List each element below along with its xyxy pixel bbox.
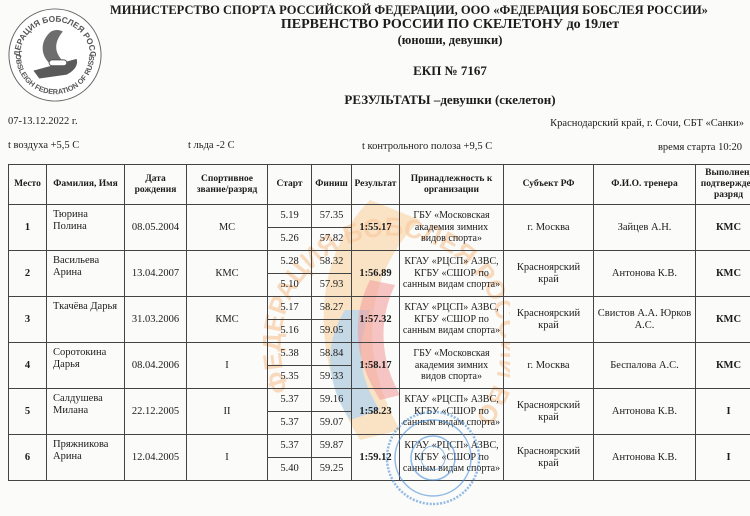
ministry-header: МИНИСТЕРСТВО СПОРТА РОССИЙСКОЙ ФЕДЕРАЦИИ… — [110, 3, 750, 18]
results-title: РЕЗУЛЬТАТЫ –девушки (скелетон) — [150, 92, 750, 108]
row-coach: Антонова К.В. — [594, 435, 696, 481]
row-name: Васильева Арина — [47, 251, 125, 297]
table-row: 3Ткачёва Дарья31.03.2006КМС5.1758.271:57… — [9, 297, 750, 320]
run2-finish: 57.82 — [312, 228, 352, 251]
row-region: Красноярский край — [504, 435, 594, 481]
event-location: Краснодарский край, г. Сочи, СБТ «Санки» — [550, 118, 744, 129]
row-result: 1:58.17 — [352, 343, 400, 389]
row-dob: 13.04.2007 — [125, 251, 187, 297]
row-result: 1:57.32 — [352, 297, 400, 343]
row-name: Пряжникова Арина — [47, 435, 125, 481]
col-header-region: Субъект РФ — [504, 165, 594, 205]
run2-start: 5.37 — [268, 412, 312, 435]
championship-title: ПЕРВЕНСТВО РОССИИ ПО СКЕЛЕТОНУ до 19лет — [150, 17, 750, 33]
run1-finish: 57.35 — [312, 205, 352, 228]
row-place: 5 — [9, 389, 47, 435]
category-subtitle: (юноши, девушки) — [150, 33, 750, 48]
row-rank: I — [187, 343, 268, 389]
run1-start: 5.19 — [268, 205, 312, 228]
run2-finish: 59.07 — [312, 412, 352, 435]
row-dob: 08.04.2006 — [125, 343, 187, 389]
row-organization: КГАУ «РЦСП» АЗВС, КГБУ «СШОР по санным в… — [400, 251, 504, 297]
row-region: Красноярский край — [504, 389, 594, 435]
row-achieved-rank: КМС — [696, 205, 750, 251]
row-dob: 12.04.2005 — [125, 435, 187, 481]
row-achieved-rank: КМС — [696, 297, 750, 343]
row-rank: I — [187, 435, 268, 481]
run2-start: 5.35 — [268, 366, 312, 389]
row-coach: Антонова К.В. — [594, 389, 696, 435]
row-rank: II — [187, 389, 268, 435]
row-result: 1:56.89 — [352, 251, 400, 297]
run1-start: 5.17 — [268, 297, 312, 320]
run1-finish: 59.87 — [312, 435, 352, 458]
run1-start: 5.28 — [268, 251, 312, 274]
row-organization: ГБУ «Московская академия зимних видов сп… — [400, 205, 504, 251]
row-achieved-rank: КМС — [696, 343, 750, 389]
col-header-rank: Спортивное звание/разряд — [187, 165, 268, 205]
row-dob: 22.12.2005 — [125, 389, 187, 435]
table-row: 2Васильева Арина13.04.2007КМС5.2858.321:… — [9, 251, 750, 274]
start-time: время старта 10:20 — [658, 142, 742, 153]
row-achieved-rank: I — [696, 435, 750, 481]
table-row: 5Салдушева Милана22.12.2005II5.3759.161:… — [9, 389, 750, 412]
row-achieved-rank: КМС — [696, 251, 750, 297]
col-header-place: Место — [9, 165, 47, 205]
col-header-organization: Принадлежность к организации — [400, 165, 504, 205]
col-header-coach: Ф.И.О. тренера — [594, 165, 696, 205]
row-coach: Свистов А.А. Юрков А.С. — [594, 297, 696, 343]
run1-finish: 58.32 — [312, 251, 352, 274]
row-rank: МС — [187, 205, 268, 251]
row-region: Красноярский край — [504, 251, 594, 297]
table-row: 1Тюрина Полина08.05.2004МС5.1957.351:55.… — [9, 205, 750, 228]
control-runner-temperature: t контрольного полоза +9,5 С — [362, 141, 492, 152]
table-row: 6Пряжникова Арина12.04.2005I5.3759.871:5… — [9, 435, 750, 458]
col-header-finish: Финиш — [312, 165, 352, 205]
row-organization: ГБУ «Московская академия зимних видов сп… — [400, 343, 504, 389]
row-place: 3 — [9, 297, 47, 343]
row-organization: КГАУ «РЦСП» АЗВС, КГБУ «СШОР по санным в… — [400, 297, 504, 343]
run2-start: 5.16 — [268, 320, 312, 343]
row-name: Ткачёва Дарья — [47, 297, 125, 343]
row-place: 6 — [9, 435, 47, 481]
row-region: Красноярский край — [504, 297, 594, 343]
row-coach: Антонова К.В. — [594, 251, 696, 297]
row-result: 1:58.23 — [352, 389, 400, 435]
event-dates: 07-13.12.2022 г. — [8, 116, 78, 127]
air-temperature: t воздуха +5,5 С — [8, 140, 79, 151]
run2-finish: 57.93 — [312, 274, 352, 297]
results-table: Место Фамилия, Имя Дата рождения Спортив… — [8, 164, 750, 481]
row-coach: Беспалова А.С. — [594, 343, 696, 389]
row-result: 1:59.12 — [352, 435, 400, 481]
run2-finish: 59.05 — [312, 320, 352, 343]
run1-start: 5.37 — [268, 435, 312, 458]
row-place: 2 — [9, 251, 47, 297]
col-header-result: Результат — [352, 165, 400, 205]
row-region: г. Москва — [504, 343, 594, 389]
row-organization: КГАУ «РЦСП» АЗВС, КГБУ «СШОР по санным в… — [400, 389, 504, 435]
row-place: 4 — [9, 343, 47, 389]
run1-start: 5.38 — [268, 343, 312, 366]
row-result: 1:55.17 — [352, 205, 400, 251]
federation-logo: ФЕДЕРАЦИЯ БОБСЛЕЯ РОССИИ BOBSLEIGH FEDER… — [6, 6, 104, 104]
row-rank: КМС — [187, 297, 268, 343]
col-header-achieved-rank: Выполнен, подтвержден разряд — [696, 165, 750, 205]
ekp-number: ЕКП № 7167 — [150, 63, 750, 79]
row-dob: 08.05.2004 — [125, 205, 187, 251]
run2-start: 5.10 — [268, 274, 312, 297]
row-name: Соротокина Дарья — [47, 343, 125, 389]
row-region: г. Москва — [504, 205, 594, 251]
run1-finish: 58.27 — [312, 297, 352, 320]
run1-finish: 59.16 — [312, 389, 352, 412]
col-header-start: Старт — [268, 165, 312, 205]
table-row: 4Соротокина Дарья08.04.2006I5.3858.841:5… — [9, 343, 750, 366]
col-header-dob: Дата рождения — [125, 165, 187, 205]
row-organization: КГАУ «РЦСП» АЗВС, КГБУ «СШОР по санным в… — [400, 435, 504, 481]
run2-start: 5.26 — [268, 228, 312, 251]
row-achieved-rank: I — [696, 389, 750, 435]
row-coach: Зайцев А.Н. — [594, 205, 696, 251]
run2-finish: 59.33 — [312, 366, 352, 389]
row-rank: КМС — [187, 251, 268, 297]
run1-finish: 58.84 — [312, 343, 352, 366]
row-place: 1 — [9, 205, 47, 251]
row-dob: 31.03.2006 — [125, 297, 187, 343]
table-header-row: Место Фамилия, Имя Дата рождения Спортив… — [9, 165, 750, 205]
row-name: Тюрина Полина — [47, 205, 125, 251]
run2-start: 5.40 — [268, 458, 312, 481]
run1-start: 5.37 — [268, 389, 312, 412]
col-header-name: Фамилия, Имя — [47, 165, 125, 205]
ice-temperature: t льда -2 С — [188, 140, 235, 151]
row-name: Салдушева Милана — [47, 389, 125, 435]
run2-finish: 59.25 — [312, 458, 352, 481]
